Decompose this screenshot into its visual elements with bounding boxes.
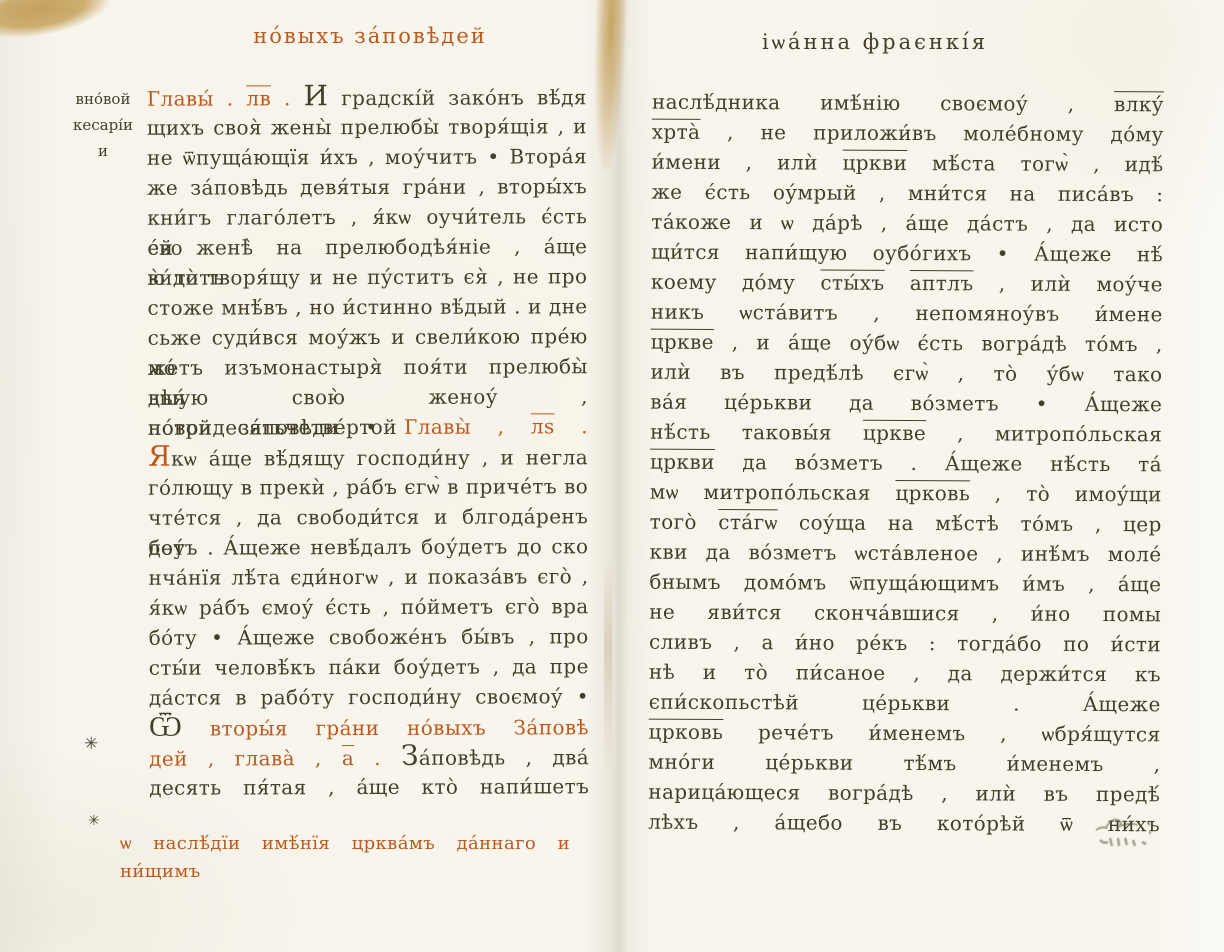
text-line: єпи́скопьстѣй це́рькви . А́щеже [649, 687, 1161, 720]
text-line: же є́сть оу́мрый , мни́тся на писа́въ : [651, 177, 1163, 210]
text-segment: го́лющу в прекѝ , ра́бъ єгѡ̀ в приче́тъ … [148, 474, 588, 500]
text-segment: и́мени , илѝ [652, 150, 843, 175]
text-line: щи́тся напи́щую оубо́гихъ • А́щеже нѣ́ [651, 237, 1163, 270]
text-segment: , и а́ще оу́бѡ є́сть вогра́дѣ то́мъ , [714, 330, 1163, 356]
text-line: десять пя́тая , а́ще кто̀ напи́шетъ [149, 771, 589, 803]
text-segment [884, 271, 909, 295]
text-segment: сливъ , а и́но ре́къ : тогда́бо по и́сти [649, 630, 1161, 657]
footnote-text: ѡ наслѣ́дїи имѣ́нїя црква́мъ да́ннаго и … [120, 830, 570, 886]
text-line: цркве , и а́ще оу́бѡ є́сть вогра́дѣ то́м… [651, 327, 1163, 360]
text-segment: Ѿ [149, 710, 182, 743]
text-line: цркви да во́зметъ . А́щеже нѣ́сть та́ [650, 447, 1162, 480]
text-segment: цркве [863, 421, 926, 445]
text-line: лѣхъ , а́щебо въ кото́рѣй ѿ ни́хъ [648, 807, 1160, 840]
running-title-left: но́выхъ за́повѣдей [150, 24, 590, 48]
text-segment: же є́сть оу́мрый , мни́тся на писа́въ : [651, 180, 1163, 207]
text-line: и́мени , илѝ цркви мѣ́ста тогѡ̀ , идѣ́ [651, 147, 1163, 180]
text-segment: того̀ [650, 510, 719, 534]
text-line: жетъ изъмонастыря̀ поя́ти прелюбы̀ дѣя́ [148, 351, 588, 383]
text-segment: сты́хъ [820, 271, 884, 295]
text-line: вшую свою̀ женоу́ , потридесятьчетве́рто… [148, 381, 588, 413]
text-segment: . [555, 414, 588, 438]
text-segment: бо́ту • А́щеже свобоже́нъ бы́въ , про [149, 624, 589, 650]
text-segment: Главы́ . [147, 86, 247, 110]
text-segment: нарица́ющеся вогра́дѣ , илѝ въ предѣ́ [648, 780, 1160, 807]
text-segment: лѣхъ , а́щебо въ кото́рѣй ѿ ни́хъ [648, 810, 1160, 837]
book-spread: но́выхъ за́повѣдей вно́вой кесарі́и и Гл… [0, 0, 1224, 952]
text-segment: . [354, 746, 401, 770]
margin-note: вно́вой кесарі́и и [64, 86, 142, 164]
left-text-block: Главы́ . лв . И градскі́й зако́нъ вѣ́дящ… [147, 81, 590, 803]
text-segment: та́коже и ѡ да́рѣ , а́ще да́стъ , да ист… [651, 210, 1163, 237]
text-line: кни́гъ глаго́летъ , я́кѡ оучи́тель є́сть… [147, 201, 587, 233]
text-line: щихъ своя̀ жены̀ прелюбы̀ творя́щія , и [147, 111, 587, 143]
text-segment: цркви [842, 151, 907, 175]
text-segment: лв [246, 86, 271, 110]
text-line: е́й женѣ̀ на прелюбодѣя́ніе , а́ще ви́ди… [147, 231, 587, 263]
text-line: нѣ́сть таковы́я цркве , митропо́льская [650, 417, 1162, 450]
text-segment: , митропо́льская [926, 421, 1162, 446]
text-segment: ста́гѡ [718, 510, 777, 534]
text-line: сьже суди́вся моу́жъ и свели́кою пре́ю м… [148, 321, 588, 353]
text-segment: мѣ́ста тогѡ̀ , идѣ́ [907, 151, 1163, 176]
text-line: мѡ митропо́льская црковь , то̀ имоу́щи [650, 477, 1162, 510]
text-segment: нча́нїя лѣ́та єди́ногѡ , и показа́въ єго… [148, 564, 588, 590]
text-segment: И [304, 79, 329, 112]
text-line: мно́ги це́рькви тѣ́мъ и́менемъ , [648, 747, 1160, 780]
text-line: црковь рече́тъ и́менемъ , ѡбря́щутся [649, 717, 1161, 750]
text-segment: наслѣ́дника имѣ́нію своємоу́ , [652, 90, 1114, 116]
text-line: сливъ , а и́но ре́къ : тогда́бо по и́сти [649, 627, 1161, 660]
text-line: стоже мнѣ́въ , но и́стинно вѣ́дый . и дн… [147, 291, 587, 323]
text-line: Главы́ . лв . И градскі́й зако́нъ вѣ́дя [147, 81, 587, 113]
text-segment: нѣ и то̀ пи́саное , да держи́тся къ [649, 660, 1161, 687]
text-segment: З [401, 739, 419, 772]
text-segment: Я [148, 440, 171, 473]
text-segment: , илѝ моу́че [973, 271, 1163, 296]
text-segment: ю̀ то̀ творя́щу и не пу́ститъ єя̀ , не п… [147, 264, 587, 290]
text-segment: мѡ митропо́льская [650, 480, 896, 505]
text-segment: не яви́тся сконча́вшися , и́но помы [649, 600, 1161, 627]
text-segment: щихъ своя̀ жены̀ прелюбы̀ творя́щія , и [147, 114, 587, 140]
text-segment: градскі́й зако́нъ вѣ́дя [328, 85, 586, 110]
text-segment: нѣ́сть таковы́я [650, 420, 863, 445]
text-segment: мно́ги це́рькви тѣ́мъ и́менемъ , [648, 750, 1160, 777]
text-segment: кѡ а́ще вѣ́дящу господи́ну , и негла [171, 445, 588, 470]
text-segment: кви да во́зметъ ѡста́вленое , инѣ́мъ мол… [649, 540, 1161, 567]
text-line: чте́тся , да свободи́тся и блгода́ренъ б… [148, 501, 588, 533]
text-segment: да́стся в рабо́ту господи́ну своємоу́ • [149, 684, 589, 710]
text-segment: . [271, 86, 291, 110]
margin-note-line: вно́вой [64, 86, 142, 112]
text-line: ва́я це́рькви да во́зметъ • А́щеже [650, 387, 1162, 420]
text-line: бо́ту • А́щеже свобоже́нъ бы́въ , про [149, 621, 589, 653]
text-segment: бнымъ домо́мъ ѿпуща́ющимъ и́мъ , а́ще [649, 570, 1161, 597]
text-segment: не ѿпуща́ющїя и́хъ , моу́читъ • Втора́я [147, 144, 587, 170]
text-segment: црковь [895, 481, 970, 505]
text-segment: никъ ѡста́витъ , непомяноу́въ и́мене [651, 300, 1163, 327]
text-line: кви да во́зметъ ѡста́вленое , инѣ́мъ мол… [649, 537, 1161, 570]
text-segment: дей , глава̀ , [149, 746, 342, 771]
text-segment: десять пя́тая , а́ще кто̀ напи́шетъ [149, 774, 589, 800]
text-segment: ва́я це́рькви да во́зметъ • А́щеже [650, 390, 1162, 417]
text-segment: вторы́я гра́ни но́выхъ За́повѣ [182, 715, 589, 740]
text-segment: рече́тъ и́менемъ , ѡбря́щутся [723, 720, 1160, 746]
text-line: же за́повѣдь девя́тыя гра́ни , вторы́хъ [147, 171, 587, 203]
text-line: Якѡ а́ще вѣ́дящу господи́ну , и негла [148, 441, 588, 473]
asterisk-icon: ✳ [84, 736, 98, 753]
text-line: я́кѡ ра́бъ ємоу́ є́сть , по́йметъ єго̀ в… [149, 591, 589, 623]
corner-stain [0, 0, 115, 45]
text-segment: хрта̀ [652, 120, 701, 144]
text-line: нарица́ющеся вогра́дѣ , илѝ въ предѣ́ [648, 777, 1160, 810]
margin-note-line: и [64, 138, 142, 164]
text-segment: а [342, 746, 354, 770]
text-segment: же за́повѣдь девя́тыя гра́ни , вторы́хъ [147, 174, 587, 200]
text-segment: , не приложи́въ моле́бному до́му [700, 120, 1163, 146]
text-line: сты́и человѣ́къ па́ки боу́детъ , да пре [149, 651, 589, 683]
margin-note-line: кесарі́и [64, 112, 142, 138]
text-segment: соу́ща на мѣ́стѣ то́мъ , цер [778, 510, 1162, 536]
text-line: не яви́тся сконча́вшися , и́но помы [649, 597, 1161, 630]
text-line: та́коже и ѡ да́рѣ , а́ще да́стъ , да ист… [651, 207, 1163, 240]
text-line: Ѿ вторы́я гра́ни но́выхъ За́повѣ [149, 711, 589, 743]
text-segment: влку́ [1114, 92, 1164, 116]
text-segment: щи́тся напи́щую оубо́гихъ • А́щеже нѣ́ [651, 240, 1163, 267]
fold-streak [591, 0, 627, 170]
text-line: того̀ ста́гѡ соу́ща на мѣ́стѣ то́мъ , це… [650, 507, 1162, 540]
text-line: не ѿпуща́ющїя и́хъ , моу́читъ • Втора́я [147, 141, 587, 173]
text-segment: цркве [651, 330, 714, 354]
text-line: коему до́му сты́хъ аптлъ , илѝ моу́че [651, 267, 1163, 300]
text-line: го́лющу в прекѝ , ра́бъ єгѡ̀ в приче́тъ … [148, 471, 588, 503]
text-segment: я́кѡ ра́бъ ємоу́ є́сть , по́йметъ єго̀ в… [149, 594, 589, 620]
text-line: дей , глава̀ , а . За́повѣдь , два́ [149, 741, 589, 773]
text-segment: црковь [649, 720, 724, 744]
text-segment: стоже мнѣ́въ , но и́стинно вѣ́дый . и дн… [147, 294, 587, 320]
text-segment [291, 86, 304, 110]
running-title-right: іѡа́нна фраєнкі́я [650, 30, 1100, 55]
text-segment: коему до́му [651, 270, 821, 295]
text-line: наслѣ́дника имѣ́нію своємоу́ , влку́ [652, 87, 1164, 120]
text-segment: сты́и человѣ́къ па́ки боу́детъ , да пре [149, 654, 589, 680]
footnote-asterisk-icon: ✳ [88, 814, 100, 828]
text-segment: аптлъ [910, 271, 974, 295]
text-line: нча́нїя лѣ́та єди́ногѡ , и показа́въ єго… [148, 561, 588, 593]
text-line: ю̀ то̀ творя́щу и не пу́ститъ єя̀ , не п… [147, 261, 587, 293]
text-line: нѣ и то̀ пи́саное , да держи́тся къ [649, 657, 1161, 690]
text-line: да́стся в рабо́ту господи́ну своємоу́ • [149, 681, 589, 713]
text-segment: но́вой за́повѣди • [148, 415, 404, 440]
text-segment: єпи́скопьстѣй це́рькви . А́щеже [649, 690, 1161, 717]
text-segment: илѝ въ предѣ́лѣ єгѡ̀ , то̀ у́бѡ тако [650, 360, 1162, 387]
text-segment: да во́зметъ . А́щеже нѣ́сть та́ [715, 450, 1162, 476]
text-segment: лѕ [531, 414, 555, 438]
text-segment: , то̀ имоу́щи [970, 481, 1162, 506]
text-segment: а́повѣдь , два́ [419, 745, 589, 770]
text-line: бнымъ домо́мъ ѿпуща́ющимъ и́мъ , а́ще [649, 567, 1161, 600]
text-line: но́вой за́повѣди • Главы̀ , лѕ . [148, 411, 588, 443]
text-line: хрта̀ , не приложи́въ моле́бному до́му [652, 117, 1164, 150]
fold-speck [604, 560, 612, 780]
text-line: никъ ѡста́витъ , непомяноу́въ и́мене [651, 297, 1163, 330]
text-segment: Главы̀ , [404, 414, 531, 438]
text-line: детъ . А́щеже невѣ́далъ боу́детъ до ско [148, 531, 588, 563]
text-segment: цркви [650, 450, 715, 474]
ink-smudge [1092, 800, 1172, 856]
text-segment: детъ . А́щеже невѣ́далъ боу́детъ до ско [148, 534, 588, 560]
right-text-block: наслѣ́дника имѣ́нію своємоу́ , влку́хрта… [648, 87, 1164, 840]
text-line: илѝ въ предѣ́лѣ єгѡ̀ , то̀ у́бѡ тако [650, 357, 1162, 390]
